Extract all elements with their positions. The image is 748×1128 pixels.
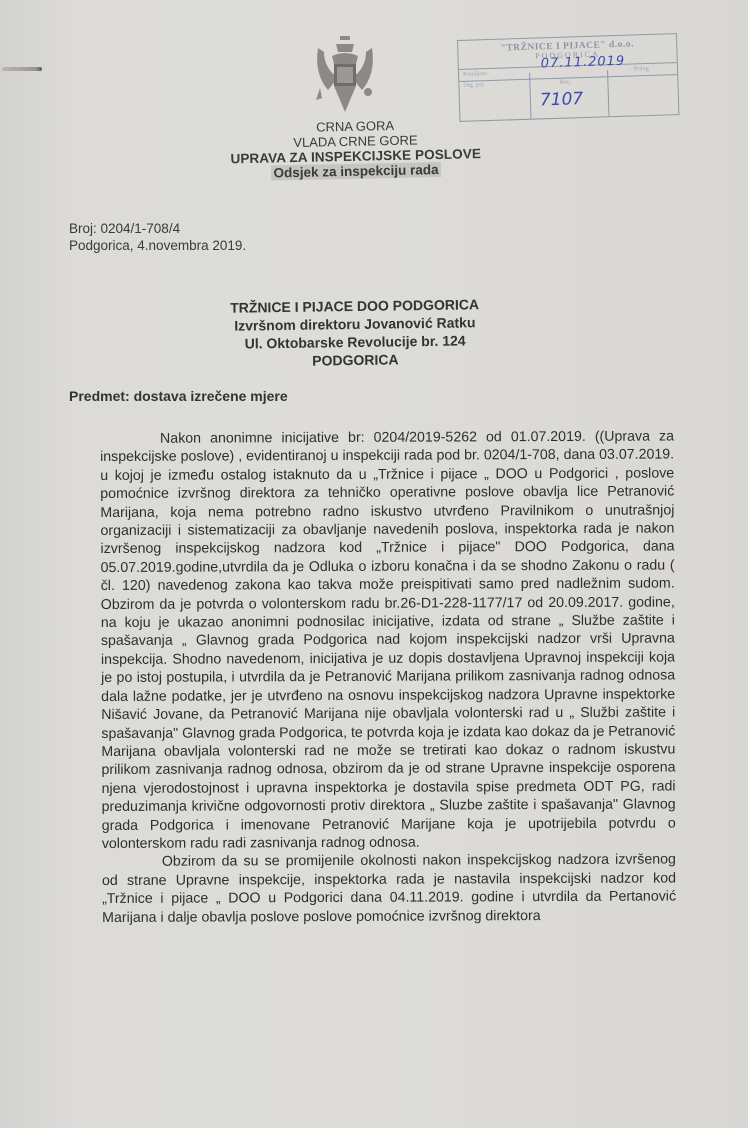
stamp-label: Broj [559, 79, 570, 85]
letter-body: Nakon anonimne inicijative br: 0204/2019… [100, 427, 676, 926]
recipient-address: TRŽNICE I PIJACE DOO PODGORICA Izvršnom … [190, 295, 521, 372]
registry-stamp: "TRŽNICE I PIJACE" d.o.o. PODGORICA Prim… [457, 33, 679, 122]
document-meta: Broj: 0204/1-708/4 Podgorica, 4.novembra… [69, 220, 246, 254]
stamp-registry-number: 7107 [540, 89, 584, 110]
stamp-label: Primljeno [463, 71, 487, 78]
place-date: Podgorica, 4.novembra 2019. [69, 237, 246, 254]
reference-number: Broj: 0204/1-708/4 [69, 220, 246, 237]
stamp-received-date: 07.11.2019 [541, 54, 626, 72]
issuer-header: CRNA GORA VLADA CRNE GORE UPRAVA ZA INSP… [200, 116, 511, 182]
stamp-label: Prilog [634, 66, 649, 72]
recipient-city: PODGORICA [190, 349, 520, 372]
body-paragraph: Obzirom da su se promijenile okolnosti n… [102, 851, 676, 927]
coat-of-arms-icon [310, 34, 380, 124]
stamp-label: Org. jed. [463, 82, 484, 89]
paper-edge-mark [2, 67, 42, 71]
document-page: "TRŽNICE I PIJACE" d.o.o. PODGORICA Prim… [0, 0, 748, 1128]
header-department: Odsjek za inspekciju rada [271, 162, 440, 181]
subject-line: Predmet: dostava izrečene mjere [69, 388, 288, 404]
body-paragraph: Nakon anonimne inicijative br: 0204/2019… [100, 427, 676, 853]
